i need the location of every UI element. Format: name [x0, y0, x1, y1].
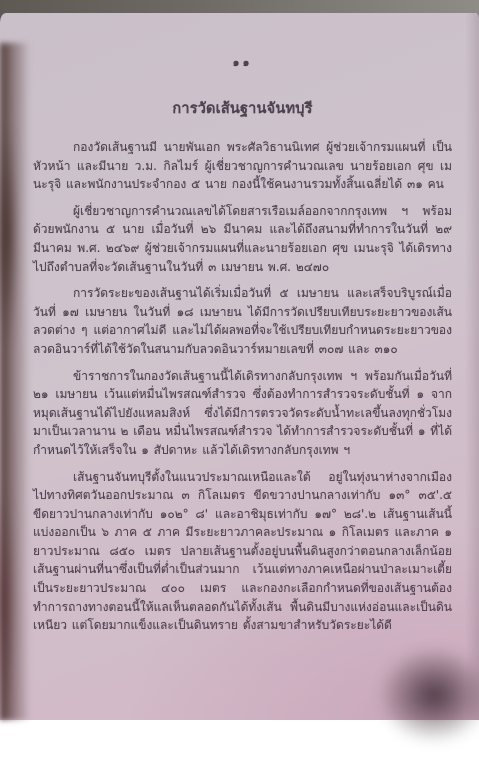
corner-shadow [359, 630, 479, 720]
page-content: ๑๑ การวัดเส้นฐานจันทบุรี กองวัดเส้นฐานมี… [33, 53, 452, 643]
book-page: ๑๑ การวัดเส้นฐานจันทบุรี กองวัดเส้นฐานมี… [0, 13, 479, 720]
paragraph-measurement-dates: การวัดระยะของเส้นฐานได้เริ่มเมื่อวันที่ … [33, 284, 452, 358]
page-number: ๑๑ [33, 53, 452, 71]
paragraph-survey-party: กองวัดเส้นฐานมี นายพันเอก พระศัลวิธานนิเ… [33, 138, 452, 194]
page-title: การวัดเส้นฐานจันทบุรี [33, 97, 452, 120]
paragraph-travel: ผู้เชี่ยวชาญการคำนวณเลขได้โดยสารเรือเมล์… [33, 202, 452, 276]
paragraph-baseline-description: เส้นฐานจันทบุรีตั้งในแนวประมาณเหนือและใต… [33, 468, 452, 635]
page-edge-shade [465, 13, 479, 720]
paragraph-return-and-levelling: ข้าราชการในกองวัดเส้นฐานนี้ได้เดิรทางกลั… [33, 367, 452, 460]
